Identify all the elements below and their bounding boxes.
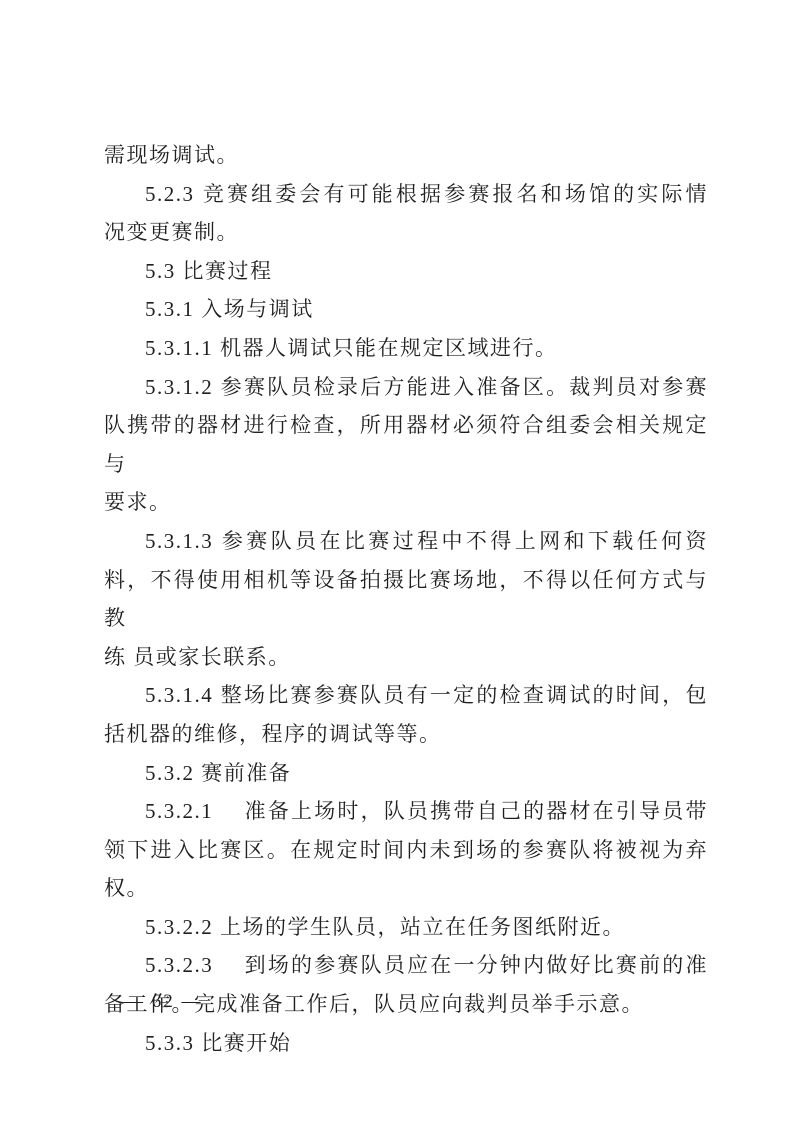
text-line: 况变更赛制。 bbox=[104, 213, 708, 252]
text-line: 5.3.2.2 上场的学生队员，站立在任务图纸附近。 bbox=[104, 908, 708, 947]
text-line: 括机器的维修，程序的调试等等。 bbox=[104, 715, 708, 754]
document-page: 需现场调试。5.2.3 竞赛组委会有可能根据参赛报名和场馆的实际情况变更赛制。5… bbox=[0, 0, 794, 1122]
text-line: 5.3.2.1 准备上场时，队员携带自己的器材在引导员带 bbox=[104, 792, 708, 831]
text-line: 5.3.1.4 整场比赛参赛队员有一定的检查调试的时间，包 bbox=[104, 676, 708, 715]
text-line: 料，不得使用相机等设备拍摄比赛场地，不得以任何方式与教 bbox=[104, 561, 708, 638]
text-line: 领下进入比赛区。在规定时间内未到场的参赛队将被视为弃 bbox=[104, 831, 708, 870]
document-body: 需现场调试。5.2.3 竞赛组委会有可能根据参赛报名和场馆的实际情况变更赛制。5… bbox=[104, 136, 708, 1062]
text-line: 5.3.1.3 参赛队员在比赛过程中不得上网和下载任何资 bbox=[104, 522, 708, 561]
text-line: 5.3.2 赛前准备 bbox=[104, 754, 708, 793]
text-line: 5.3.1.2 参赛队员检录后方能进入准备区。裁判员对参赛 bbox=[104, 368, 708, 407]
text-line: 5.3.3 比赛开始 bbox=[104, 1024, 708, 1063]
text-line: 需现场调试。 bbox=[104, 136, 708, 175]
text-line: 5.3.1 入场与调试 bbox=[104, 290, 708, 329]
text-line: 练 员或家长联系。 bbox=[104, 638, 708, 677]
text-line: 队携带的器材进行检查，所用器材必须符合组委会相关规定与 bbox=[104, 406, 708, 483]
text-line: 5.3 比赛过程 bbox=[104, 252, 708, 291]
text-line: 5.3.2.3 到场的参赛队员应在一分钟内做好比赛前的准 bbox=[104, 946, 708, 985]
text-line: 要求。 bbox=[104, 483, 708, 522]
text-line: 5.2.3 竞赛组委会有可能根据参赛报名和场馆的实际情 bbox=[104, 175, 708, 214]
text-line: 5.3.1.1 机器人调试只能在规定区域进行。 bbox=[104, 329, 708, 368]
page-number: — 62 — bbox=[124, 991, 203, 1013]
text-line: 权。 bbox=[104, 869, 708, 908]
